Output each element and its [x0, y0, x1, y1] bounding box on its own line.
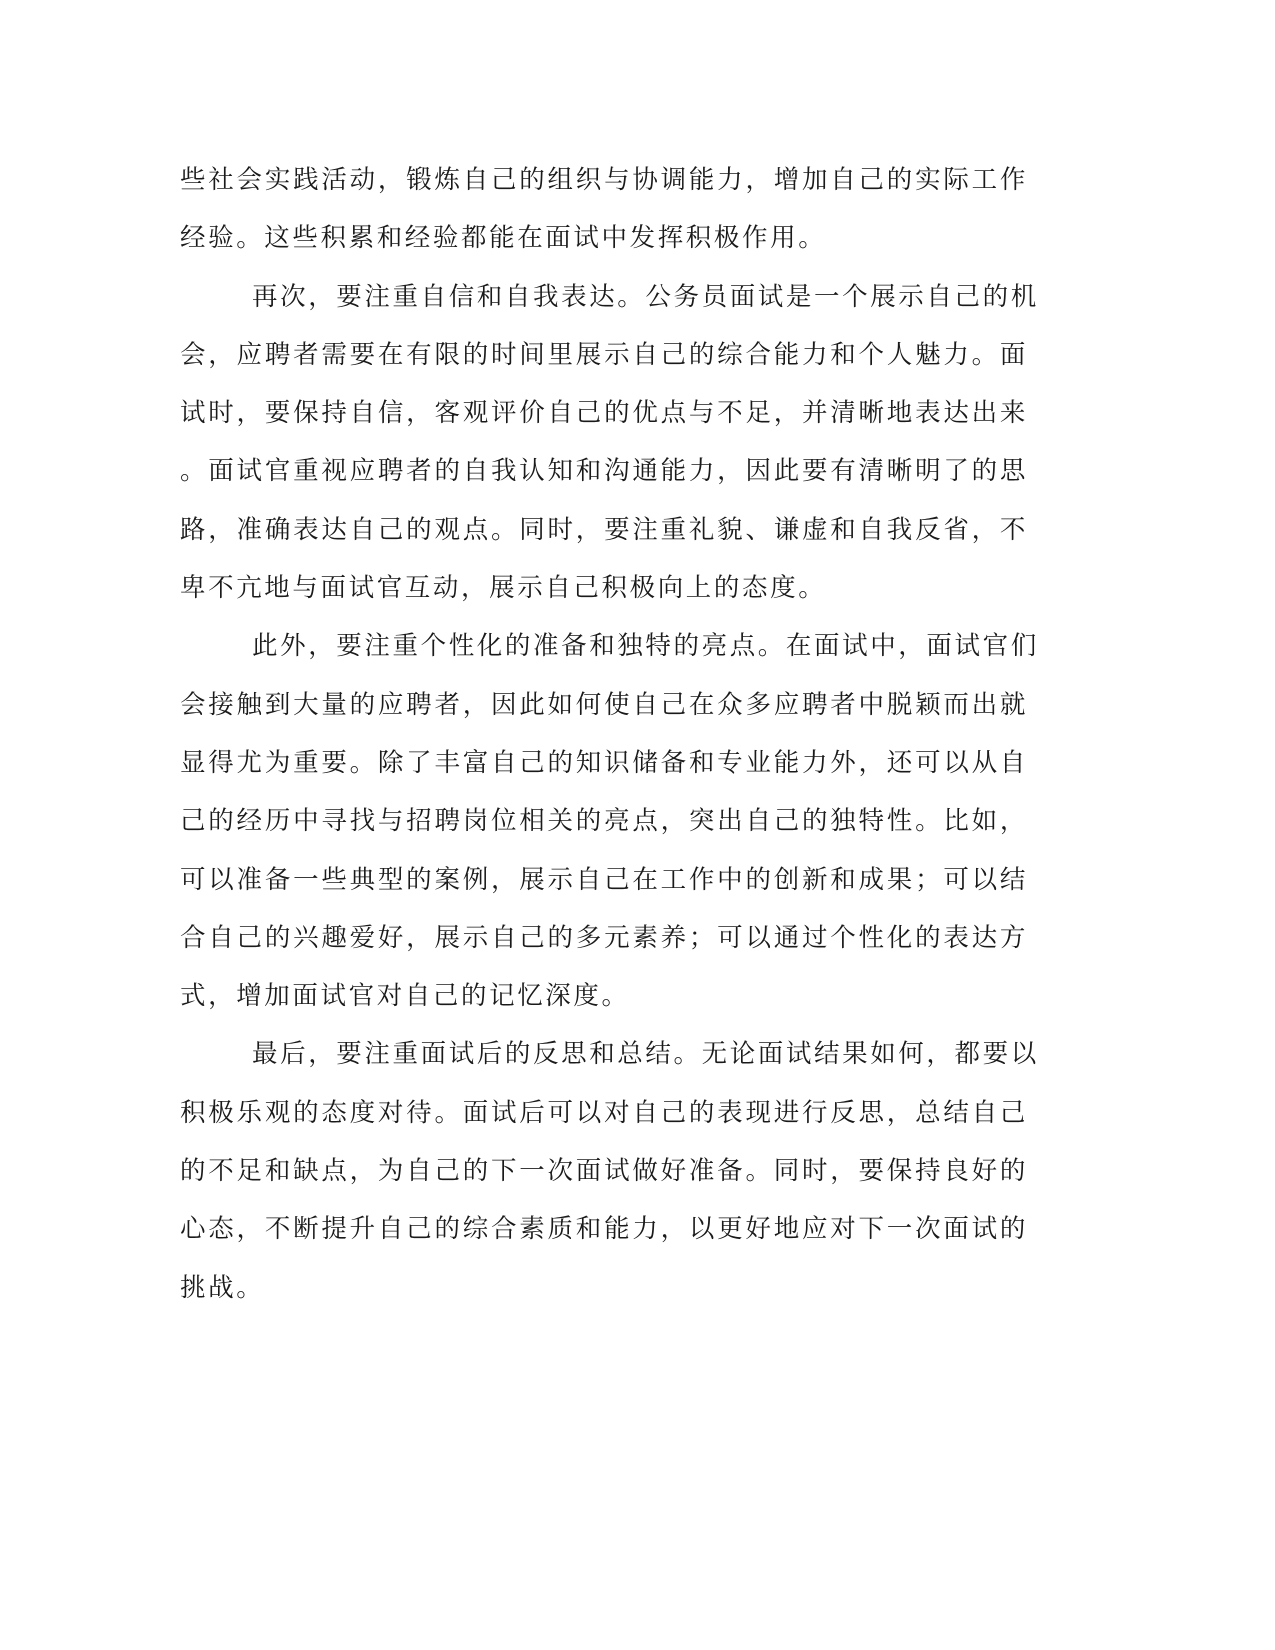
text-line: 会，应聘者需要在有限的时间里展示自己的综合能力和个人魅力。面: [180, 332, 1028, 390]
text-line: 合自己的兴趣爱好，展示自己的多元素养；可以通过个性化的表达方: [180, 915, 1028, 973]
text-line: 路，准确表达自己的观点。同时，要注重礼貌、谦虚和自我反省，不: [180, 507, 1028, 565]
paragraph-self-expression: 再次，要注重自信和自我表达。公务员面试是一个展示自己的机 会，应聘者需要在有限的…: [180, 274, 1028, 624]
text-line: 积极乐观的态度对待。面试后可以对自己的表现进行反思，总结自己: [180, 1090, 1028, 1148]
paragraph-reflection: 最后，要注重面试后的反思和总结。无论面试结果如何，都要以 积极乐观的态度对待。面…: [180, 1031, 1028, 1322]
text-line: 此外，要注重个性化的准备和独特的亮点。在面试中，面试官们: [180, 623, 1028, 681]
text-line: 卑不亢地与面试官互动，展示自己积极向上的态度。: [180, 565, 1028, 623]
text-line: 可以准备一些典型的案例，展示自己在工作中的创新和成果；可以结: [180, 857, 1028, 915]
text-line: 的不足和缺点，为自己的下一次面试做好准备。同时，要保持良好的: [180, 1148, 1028, 1206]
text-line: 心态，不断提升自己的综合素质和能力，以更好地应对下一次面试的: [180, 1206, 1028, 1264]
text-line: 最后，要注重面试后的反思和总结。无论面试结果如何，都要以: [180, 1031, 1028, 1089]
text-line: 再次，要注重自信和自我表达。公务员面试是一个展示自己的机: [180, 274, 1028, 332]
document-page: 些社会实践活动，锻炼自己的组织与协调能力，增加自己的实际工作 经验。这些积累和经…: [180, 157, 1028, 1323]
text-line: 试时，要保持自信，客观评价自己的优点与不足，并清晰地表达出来: [180, 390, 1028, 448]
text-line: 经验。这些积累和经验都能在面试中发挥积极作用。: [180, 215, 1028, 273]
text-line: 挑战。: [180, 1265, 1028, 1323]
text-line: 己的经历中寻找与招聘岗位相关的亮点，突出自己的独特性。比如，: [180, 798, 1028, 856]
text-line: 式，增加面试官对自己的记忆深度。: [180, 973, 1028, 1031]
paragraph-personalization: 此外，要注重个性化的准备和独特的亮点。在面试中，面试官们 会接触到大量的应聘者，…: [180, 623, 1028, 1031]
text-line: 会接触到大量的应聘者，因此如何使自己在众多应聘者中脱颖而出就: [180, 682, 1028, 740]
text-line: 。面试官重视应聘者的自我认知和沟通能力，因此要有清晰明了的思: [180, 448, 1028, 506]
text-line: 显得尤为重要。除了丰富自己的知识储备和专业能力外，还可以从自: [180, 740, 1028, 798]
paragraph-continuation: 些社会实践活动，锻炼自己的组织与协调能力，增加自己的实际工作 经验。这些积累和经…: [180, 157, 1028, 274]
text-line: 些社会实践活动，锻炼自己的组织与协调能力，增加自己的实际工作: [180, 157, 1028, 215]
